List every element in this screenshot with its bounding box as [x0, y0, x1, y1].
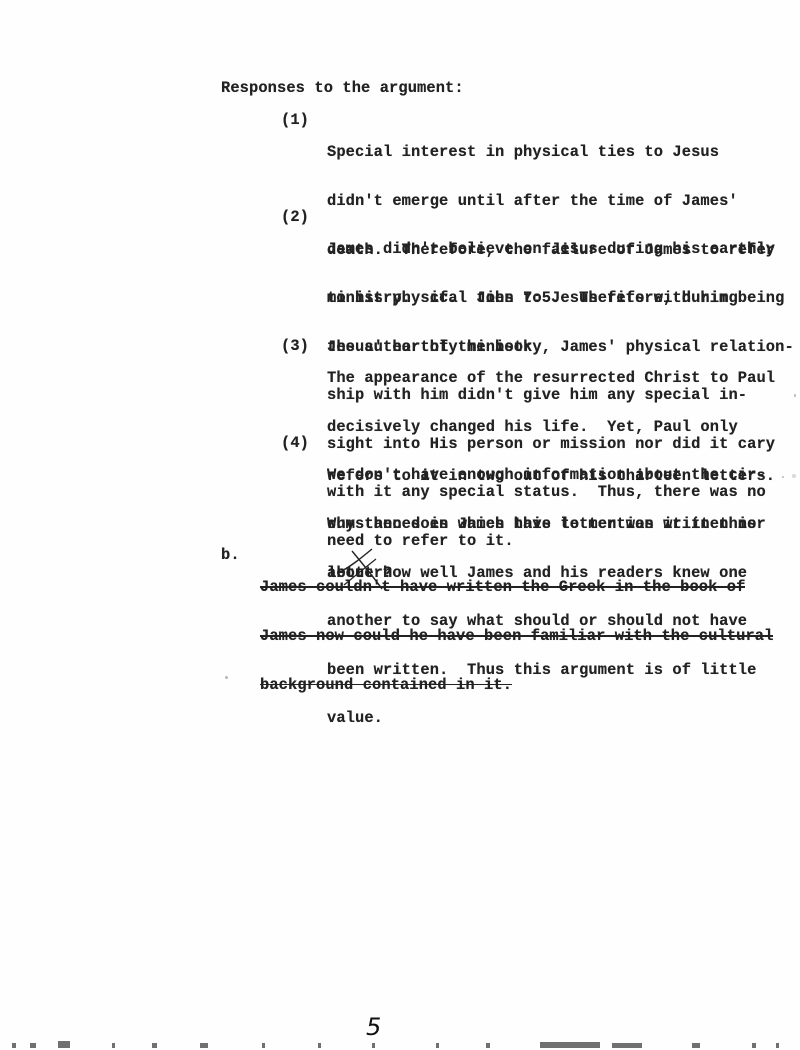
scan-speck: [225, 676, 228, 679]
text-line: We don't have enough information about t…: [327, 467, 766, 483]
text-line: cumstances in which this letter was writ…: [327, 516, 766, 532]
text-line: ministry. cf. John 7:5. Therefore, durin…: [327, 290, 794, 306]
struck-text-line: James couldn't have written the Greek in…: [260, 578, 745, 596]
scan-speck: [792, 474, 796, 478]
text-line: Special interest in physical ties to Jes…: [327, 144, 784, 160]
struck-text-line: James now could he have been familiar wi…: [260, 627, 773, 645]
handwritten-page-number: 5: [366, 1013, 381, 1041]
section-b-struck: b. James couldn't have written the Greek…: [221, 547, 258, 612]
struck-text-line: background contained in it.: [260, 676, 512, 694]
struck-text-body: James couldn't have written the Greek in…: [260, 547, 773, 725]
response-item-2: (2) James didn't believe on Jesus during…: [281, 209, 318, 274]
response-number: (1): [281, 112, 309, 128]
text-line: James didn't believe on Jesus during his…: [327, 241, 794, 257]
response-item-4: (4) We don't have enough information abo…: [281, 435, 318, 500]
text-line: didn't emerge until after the time of Ja…: [327, 193, 784, 209]
text-line: The appearance of the resurrected Christ…: [327, 370, 775, 386]
response-number: (2): [281, 209, 309, 225]
response-item-1: (1) Special interest in physical ties to…: [281, 112, 318, 177]
section-label: b.: [221, 547, 240, 563]
response-item-3: (3) The appearance of the resurrected Ch…: [281, 338, 318, 403]
document-page: Responses to the argument: (1) Special i…: [0, 0, 800, 1050]
text-line: decisively changed his life. Yet, Paul o…: [327, 419, 775, 435]
response-number: (4): [281, 435, 309, 451]
response-number: (3): [281, 338, 309, 354]
section-heading: Responses to the argument:: [221, 80, 464, 96]
scan-speck: [794, 394, 796, 397]
scan-speck: [782, 476, 784, 478]
scan-edge-noise: [0, 1040, 800, 1050]
